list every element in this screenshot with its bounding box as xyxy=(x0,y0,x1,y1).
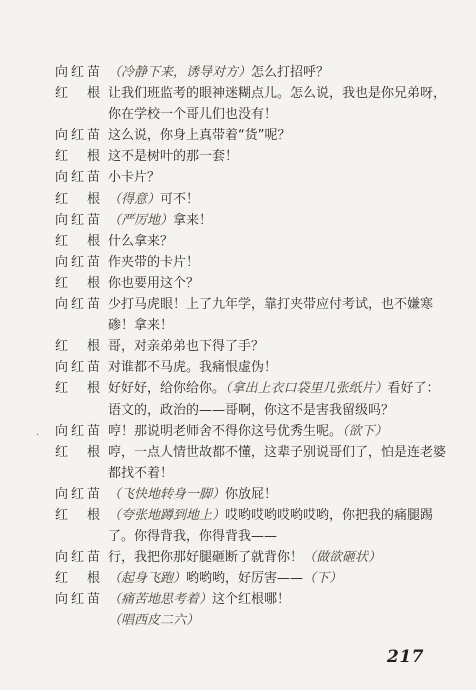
speaker-name: 红根 xyxy=(55,505,100,526)
speaker-name: 红根 xyxy=(55,442,100,463)
speaker-name: 向红苗 xyxy=(55,167,100,188)
dialogue-text: 什么拿来？ xyxy=(108,231,446,252)
dialogue-text: 小卡片？ xyxy=(108,167,446,188)
dialogue-segment: 哟哟哟，好厉害—— xyxy=(186,571,303,586)
script-line: 向红苗对谁都不马虎。我痛恨虚伪！ xyxy=(0,357,476,378)
dialogue-text: （飞快地转身一脚）你放屁！ xyxy=(108,484,446,505)
script-line: 向红苗这么说，你身上真带着“货”呢？ xyxy=(0,125,476,146)
dialogue-text: 少打马虎眼！上了九年学，靠打夹带应付考试，也不嫌寒碜！拿来！ xyxy=(108,294,446,336)
script-line: 红根好好好，给你给你。（拿出上衣口袋里几张纸片）看好了：语文的，政治的——哥啊，… xyxy=(0,378,476,420)
speaker-name: 向红苗 xyxy=(55,125,100,146)
script-line: 向红苗作夹带的卡片！ xyxy=(0,252,476,273)
dialogue-segment: 可不！ xyxy=(160,192,199,207)
dialogue-segment: 哼！那说明老师舍不得你这号优秀生呢。 xyxy=(108,424,342,439)
dialogue-text: 这不是树叶的那一套！ xyxy=(108,146,446,167)
script-line: 红根（起身飞跑）哟哟哟，好厉害——（下） xyxy=(0,568,476,589)
stage-direction: （严厉地） xyxy=(108,213,173,228)
dialogue-segment: 少打马虎眼！上了九年学，靠打夹带应付考试，也不嫌寒碜！拿来！ xyxy=(108,297,433,333)
dialogue-segment: 怎么打招呼？ xyxy=(251,65,329,80)
speaker-name: 向红苗 xyxy=(55,421,100,442)
dialogue-text: 行，我把你那好腿砸断了就背你！（做欲砸状） xyxy=(108,547,446,568)
dialogue-text: （夸张地蹲到地上）哎哟哎哟哎哟哎哟，你把我的痛腿踢了。你得背我，你得背我—— xyxy=(108,505,446,547)
dialogue-segment: 让我们班监考的眼神迷糊点儿。怎么说，我也是你兄弟呀，你在学校一个哥儿们也没有！ xyxy=(108,86,446,122)
stage-direction: （做欲砸状） xyxy=(303,550,381,565)
script-line: 向红苗（冷静下来，诱导对方）怎么打招呼？ xyxy=(0,62,476,83)
script-line: 红根（得意）可不！ xyxy=(0,189,476,210)
stage-direction: （夸张地蹲到地上） xyxy=(108,508,225,523)
script-line: 红根让我们班监考的眼神迷糊点儿。怎么说，我也是你兄弟呀，你在学校一个哥儿们也没有… xyxy=(0,83,476,125)
stage-direction: （痛苦地思考着） xyxy=(108,592,212,607)
speaker-name: 红根 xyxy=(55,378,100,399)
speaker-name: 红根 xyxy=(55,273,100,294)
script-line: 向红苗小卡片？ xyxy=(0,167,476,188)
script-line: 红根什么拿来？ xyxy=(0,231,476,252)
script-line: 向红苗（痛苦地思考着）这个红根哪！ xyxy=(0,589,476,610)
dialogue-text: 让我们班监考的眼神迷糊点儿。怎么说，我也是你兄弟呀，你在学校一个哥儿们也没有！ xyxy=(108,83,446,125)
script-line: 红根这不是树叶的那一套！ xyxy=(0,146,476,167)
page-number: 217 xyxy=(387,647,424,667)
script-line: 向红苗（严厉地）拿来！ xyxy=(0,210,476,231)
dialogue-text: 这么说，你身上真带着“货”呢？ xyxy=(108,125,446,146)
speaker-name: 向红苗 xyxy=(55,484,100,505)
dialogue-segment: 这么说，你身上真带着“货”呢？ xyxy=(108,128,290,143)
speaker-name: 向红苗 xyxy=(55,547,100,568)
dialogue-segment: 什么拿来？ xyxy=(108,234,173,249)
dialogue-segment: 拿来！ xyxy=(173,213,212,228)
dialogue-segment: 好好好，给你给你。 xyxy=(108,381,225,396)
dialogue-text: 对谁都不马虎。我痛恨虚伪！ xyxy=(108,357,446,378)
stage-direction: （冷静下来，诱导对方） xyxy=(108,65,251,80)
stage-direction: （飞快地转身一脚） xyxy=(108,487,225,502)
script-line: 向红苗哼！那说明老师舍不得你这号优秀生呢。（欲下） xyxy=(0,421,476,442)
dialogue-segment: 哥，对亲弟弟也下得了手？ xyxy=(108,339,264,354)
dialogue-segment: 行，我把你那好腿砸断了就背你！ xyxy=(108,550,303,565)
dialogue-text: （严厉地）拿来！ xyxy=(108,210,446,231)
dialogue-segment: 对谁都不马虎。我痛恨虚伪！ xyxy=(108,360,277,375)
speaker-name: 红根 xyxy=(55,83,100,104)
dialogue-text: （痛苦地思考着）这个红根哪！ xyxy=(108,589,446,610)
dialogue-text: （冷静下来，诱导对方）怎么打招呼？ xyxy=(108,62,446,83)
stage-direction: （起身飞跑） xyxy=(108,571,186,586)
stage-direction: （下） xyxy=(303,571,342,586)
speaker-name: 红根 xyxy=(55,336,100,357)
dialogue-text: （起身飞跑）哟哟哟，好厉害——（下） xyxy=(108,568,446,589)
dialogue-segment: 这不是树叶的那一套！ xyxy=(108,149,238,164)
speaker-name: 红根 xyxy=(55,568,100,589)
dialogue-text: （唱西皮二六） xyxy=(108,610,446,631)
dialogue-text: 哼，一点人情世故都不懂，这辈子别说哥们了，怕是连老婆都找不着！ xyxy=(108,442,446,484)
speaker-name: 向红苗 xyxy=(55,589,100,610)
dialogue-text: 你也要用这个？ xyxy=(108,273,446,294)
dialogue-text: （得意）可不！ xyxy=(108,189,446,210)
dialogue-text: 哥，对亲弟弟也下得了手？ xyxy=(108,336,446,357)
script-line: 向红苗（飞快地转身一脚）你放屁！ xyxy=(0,484,476,505)
speaker-name: 向红苗 xyxy=(55,357,100,378)
script-line: 向红苗少打马虎眼！上了九年学，靠打夹带应付考试，也不嫌寒碜！拿来！ xyxy=(0,294,476,336)
speaker-name: 向红苗 xyxy=(55,294,100,315)
dialogue-segment: 哼，一点人情世故都不懂，这辈子别说哥们了，怕是连老婆都找不着！ xyxy=(108,445,446,481)
speaker-name: 向红苗 xyxy=(55,62,100,83)
dialogue-segment: 你放屁！ xyxy=(225,487,277,502)
stage-direction: （拿出上衣口袋里几张纸片） xyxy=(225,381,388,396)
dialogue-text: 哼！那说明老师舍不得你这号优秀生呢。（欲下） xyxy=(108,421,446,442)
speaker-name: 红根 xyxy=(55,146,100,167)
script-line: 红根（夸张地蹲到地上）哎哟哎哟哎哟哎哟，你把我的痛腿踢了。你得背我，你得背我—— xyxy=(0,505,476,547)
dialogue-segment: 这个红根哪！ xyxy=(212,592,290,607)
script-line: 红根哥，对亲弟弟也下得了手？ xyxy=(0,336,476,357)
script-lines: 向红苗（冷静下来，诱导对方）怎么打招呼？红根让我们班监考的眼神迷糊点儿。怎么说，… xyxy=(0,62,476,632)
book-page: 向红苗（冷静下来，诱导对方）怎么打招呼？红根让我们班监考的眼神迷糊点儿。怎么说，… xyxy=(0,0,476,690)
dialogue-text: 作夹带的卡片！ xyxy=(108,252,446,273)
script-line: 红根哼，一点人情世故都不懂，这辈子别说哥们了，怕是连老婆都找不着！ xyxy=(0,442,476,484)
script-line: 向红苗行，我把你那好腿砸断了就背你！（做欲砸状） xyxy=(0,547,476,568)
dialogue-text: 好好好，给你给你。（拿出上衣口袋里几张纸片）看好了：语文的，政治的——哥啊，你这… xyxy=(108,378,446,420)
speaker-name: 向红苗 xyxy=(55,210,100,231)
stage-direction: （得意） xyxy=(108,192,160,207)
dialogue-segment: 你也要用这个？ xyxy=(108,276,199,291)
speaker-name: 向红苗 xyxy=(55,252,100,273)
stage-direction: （欲下） xyxy=(342,424,388,439)
script-line: 红根你也要用这个？ xyxy=(0,273,476,294)
speaker-name: 红根 xyxy=(55,231,100,252)
script-line: （唱西皮二六） xyxy=(0,610,476,631)
dialogue-segment: 作夹带的卡片！ xyxy=(108,255,199,270)
speaker-name: 红根 xyxy=(55,189,100,210)
stray-print-mark: . xyxy=(36,428,39,438)
dialogue-segment: 小卡片？ xyxy=(108,170,160,185)
stage-direction: （唱西皮二六） xyxy=(108,613,199,628)
